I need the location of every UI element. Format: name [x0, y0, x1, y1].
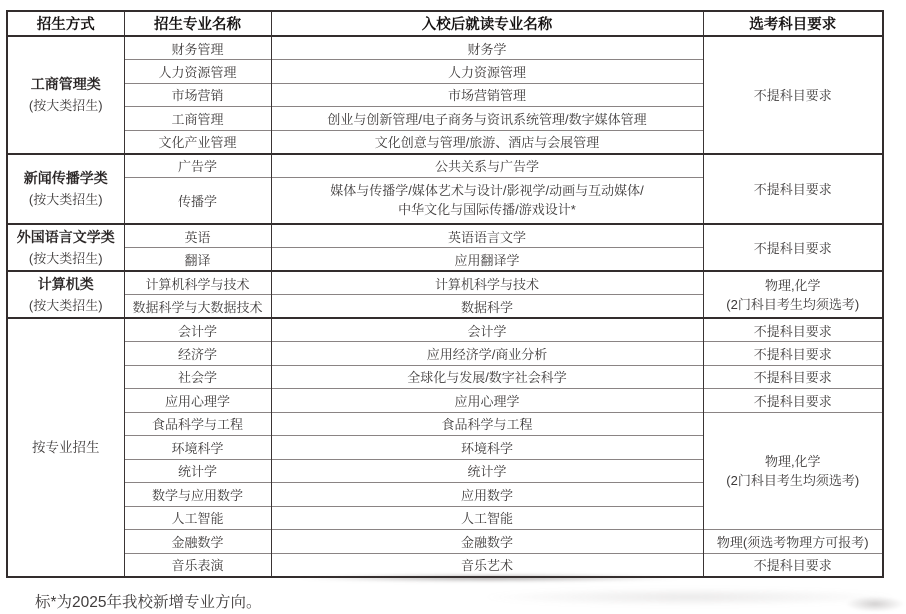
study-line-1: 媒体与传播学/媒体艺术与设计/影视学/动画与互动媒体/ [276, 181, 699, 200]
col-header-study: 入校后就读专业名称 [271, 11, 703, 36]
col-header-subject: 选考科目要求 [703, 11, 883, 36]
table-row: 计算机类 (按大类招生) 计算机科学与技术 计算机科学与技术 物理,化学 (2门… [7, 271, 883, 295]
cell-study: 创业与创新管理/电子商务与资讯系统管理/数字媒体管理 [271, 107, 703, 131]
table-row: 食品科学与工程 食品科学与工程 物理,化学 (2门科目考生均须选考) [7, 412, 883, 436]
cell-requirement: 不提科目要求 [703, 36, 883, 154]
cell-method-group-5: 按专业招生 [7, 318, 124, 577]
table-row: 社会学 全球化与发展/数字社会科学 不提科目要求 [7, 365, 883, 389]
group-name: 计算机类 [12, 274, 120, 295]
cell-requirement: 不提科目要求 [703, 553, 883, 577]
cell-study: 公共关系与广告学 [271, 154, 703, 178]
cell-method-group-3: 外国语言文学类 (按大类招生) [7, 224, 124, 271]
admissions-table-wrap: 招生方式 招生专业名称 入校后就读专业名称 选考科目要求 工商管理类 (按大类招… [6, 10, 884, 578]
cell-major: 经济学 [124, 342, 271, 366]
cell-study: 音乐艺术 [271, 553, 703, 577]
cell-major: 社会学 [124, 365, 271, 389]
cell-study: 应用心理学 [271, 389, 703, 413]
cell-major: 会计学 [124, 318, 271, 342]
cell-major: 工商管理 [124, 107, 271, 131]
cell-study: 人力资源管理 [271, 60, 703, 84]
cell-major: 人工智能 [124, 506, 271, 530]
table-row: 应用心理学 应用心理学 不提科目要求 [7, 389, 883, 413]
cell-major: 人力资源管理 [124, 60, 271, 84]
cell-requirement: 不提科目要求 [703, 342, 883, 366]
cell-study: 会计学 [271, 318, 703, 342]
cell-major: 环境科学 [124, 436, 271, 460]
admissions-table: 招生方式 招生专业名称 入校后就读专业名称 选考科目要求 工商管理类 (按大类招… [6, 10, 884, 578]
scan-artifact [845, 596, 905, 612]
cell-requirement: 不提科目要求 [703, 318, 883, 342]
cell-requirement: 不提科目要求 [703, 224, 883, 271]
scan-artifact [480, 588, 900, 606]
study-line-2: 中华文化与国际传播/游戏设计* [276, 200, 699, 219]
cell-major: 传播学 [124, 177, 271, 224]
cell-requirement: 物理,化学 (2门科目考生均须选考) [703, 412, 883, 530]
col-header-major: 招生专业名称 [124, 11, 271, 36]
group-subtitle: (按大类招生) [12, 248, 120, 269]
cell-requirement: 不提科目要求 [703, 154, 883, 225]
cell-requirement: 物理,化学 (2门科目考生均须选考) [703, 271, 883, 318]
cell-requirement: 物理(须选考物理方可报考) [703, 530, 883, 554]
cell-major: 广告学 [124, 154, 271, 178]
cell-method-group-2: 新闻传播学类 (按大类招生) [7, 154, 124, 225]
group-name: 按专业招生 [12, 437, 120, 458]
cell-study: 财务学 [271, 36, 703, 60]
table-row: 按专业招生 会计学 会计学 不提科目要求 [7, 318, 883, 342]
table-row: 工商管理类 (按大类招生) 财务管理 财务学 不提科目要求 [7, 36, 883, 60]
cell-study: 数据科学 [271, 295, 703, 319]
cell-major: 食品科学与工程 [124, 412, 271, 436]
cell-major: 金融数学 [124, 530, 271, 554]
requirement-line-1: 物理,化学 [708, 452, 879, 471]
cell-study: 食品科学与工程 [271, 412, 703, 436]
cell-major: 计算机科学与技术 [124, 271, 271, 295]
table-row: 经济学 应用经济学/商业分析 不提科目要求 [7, 342, 883, 366]
cell-study: 人工智能 [271, 506, 703, 530]
header-row: 招生方式 招生专业名称 入校后就读专业名称 选考科目要求 [7, 11, 883, 36]
cell-requirement: 不提科目要求 [703, 389, 883, 413]
cell-major: 数学与应用数学 [124, 483, 271, 507]
cell-study: 统计学 [271, 459, 703, 483]
cell-study: 应用经济学/商业分析 [271, 342, 703, 366]
cell-major: 翻译 [124, 248, 271, 272]
cell-study: 媒体与传播学/媒体艺术与设计/影视学/动画与互动媒体/ 中华文化与国际传播/游戏… [271, 177, 703, 224]
cell-major: 市场营销 [124, 83, 271, 107]
cell-requirement: 不提科目要求 [703, 365, 883, 389]
cell-major: 英语 [124, 224, 271, 248]
cell-study: 英语语言文学 [271, 224, 703, 248]
cell-study: 计算机科学与技术 [271, 271, 703, 295]
cell-study: 应用数学 [271, 483, 703, 507]
col-header-method: 招生方式 [7, 11, 124, 36]
cell-method-group-4: 计算机类 (按大类招生) [7, 271, 124, 318]
cell-study: 文化创意与管理/旅游、酒店与会展管理 [271, 130, 703, 154]
table-row: 新闻传播学类 (按大类招生) 广告学 公共关系与广告学 不提科目要求 [7, 154, 883, 178]
cell-study: 市场营销管理 [271, 83, 703, 107]
cell-study: 环境科学 [271, 436, 703, 460]
requirement-line-2: (2门科目考生均须选考) [708, 471, 879, 490]
table-row: 金融数学 金融数学 物理(须选考物理方可报考) [7, 530, 883, 554]
group-subtitle: (按大类招生) [12, 295, 120, 316]
group-name: 外国语言文学类 [12, 227, 120, 248]
requirement-line-1: 物理,化学 [708, 276, 879, 295]
cell-method-group-1: 工商管理类 (按大类招生) [7, 36, 124, 154]
table-row: 外国语言文学类 (按大类招生) 英语 英语语言文学 不提科目要求 [7, 224, 883, 248]
cell-study: 应用翻译学 [271, 248, 703, 272]
group-subtitle: (按大类招生) [12, 95, 120, 116]
requirement-line-2: (2门科目考生均须选考) [708, 295, 879, 314]
footnote: 标*为2025年我校新增专业方向。 [35, 590, 262, 612]
cell-major: 音乐表演 [124, 553, 271, 577]
cell-study: 全球化与发展/数字社会科学 [271, 365, 703, 389]
cell-major: 财务管理 [124, 36, 271, 60]
table-row: 音乐表演 音乐艺术 不提科目要求 [7, 553, 883, 577]
cell-major: 应用心理学 [124, 389, 271, 413]
cell-major: 数据科学与大数据技术 [124, 295, 271, 319]
group-subtitle: (按大类招生) [12, 189, 120, 210]
group-name: 工商管理类 [12, 74, 120, 95]
cell-major: 文化产业管理 [124, 130, 271, 154]
cell-study: 金融数学 [271, 530, 703, 554]
cell-major: 统计学 [124, 459, 271, 483]
group-name: 新闻传播学类 [12, 168, 120, 189]
